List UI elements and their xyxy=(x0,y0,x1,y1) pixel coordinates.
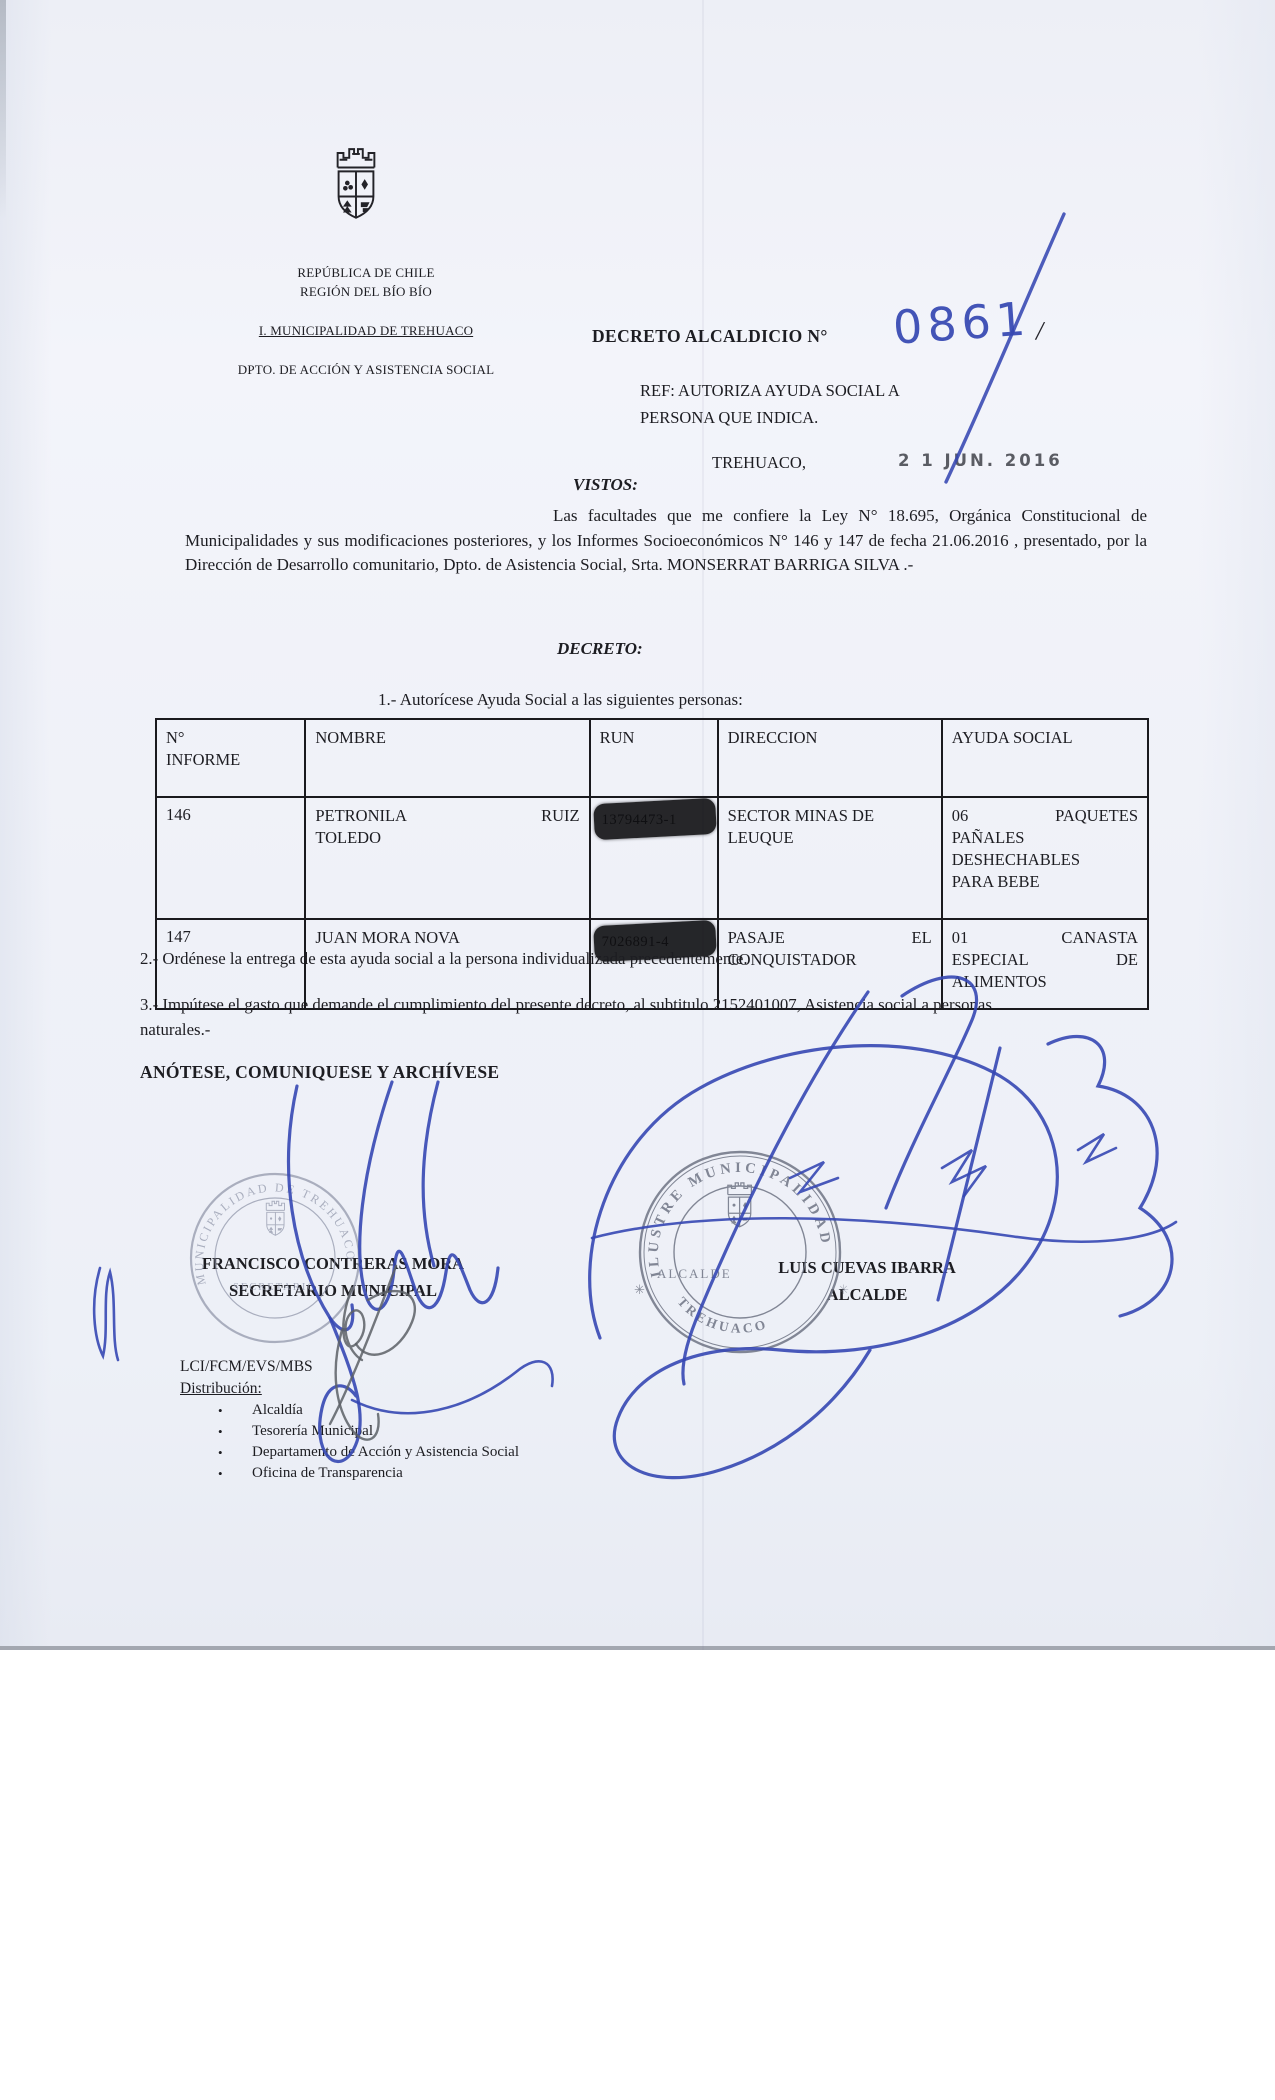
cell-informe: 146 xyxy=(156,797,305,919)
bullet-icon: • xyxy=(218,1421,252,1442)
table-header-cell: RUN xyxy=(590,719,718,797)
header-municipality: I. MUNICIPALIDAD DE TREHUACO xyxy=(150,321,582,341)
handwritten-decree-number: 0861 xyxy=(891,291,1032,354)
signature-block-mayor: LUIS CUEVAS IBARRA ALCALDE xyxy=(702,1254,1032,1308)
municipal-coat-of-arms xyxy=(327,136,385,228)
svg-text:✳: ✳ xyxy=(634,1282,645,1297)
signature-mayor-ink xyxy=(590,977,1176,1478)
table-header-cell: AYUDA SOCIAL xyxy=(942,719,1148,797)
table-header-cell: N° INFORME xyxy=(156,719,305,797)
footer-initials: LCI/FCM/EVS/MBS xyxy=(180,1358,313,1376)
paper-sheet: REPÚBLICA DE CHILE REGIÓN DEL BÍO BÍO I.… xyxy=(0,0,1275,1650)
table-header-cell: NOMBRE xyxy=(305,719,589,797)
government-header: REPÚBLICA DE CHILE REGIÓN DEL BÍO BÍO I.… xyxy=(150,243,582,399)
cell-run: 13794473-1 xyxy=(590,797,718,919)
mayor-name: LUIS CUEVAS IBARRA xyxy=(702,1254,1032,1281)
secretary-name: FRANCISCO CONTRERAS MORA xyxy=(178,1250,488,1277)
distribution-label: Distribución: xyxy=(180,1380,262,1398)
mayor-title: ALCALDE xyxy=(702,1281,1032,1308)
header-department: DPTO. DE ACCIÓN Y ASISTENCIA SOCIAL xyxy=(150,360,582,380)
margin-pen-mark xyxy=(94,1268,118,1360)
header-republic-region: REPÚBLICA DE CHILE REGIÓN DEL BÍO BÍO xyxy=(150,263,582,302)
scanned-decree-page: REPÚBLICA DE CHILE REGIÓN DEL BÍO BÍO I.… xyxy=(0,0,1275,2100)
bullet-icon: • xyxy=(218,1463,252,1484)
decreto-item-3: 3.- Impútese el gasto que demande el cum… xyxy=(140,992,1012,1042)
closing-order: ANÓTESE, COMUNIQUESE Y ARCHÍVESE xyxy=(140,1062,499,1083)
scan-edge-shadow xyxy=(0,0,6,220)
cell-nombre: PETRONILARUIZTOLEDO xyxy=(305,797,589,919)
distribution-list: •Alcaldía•Tesorería Municipal•Departamen… xyxy=(218,1400,519,1484)
decree-title: DECRETO ALCALDICIO N° xyxy=(592,326,828,347)
table-header-cell: DIRECCION xyxy=(718,719,942,797)
redaction-marker xyxy=(593,798,717,840)
decreto-item-1: 1.- Autorícese Ayuda Social a las siguie… xyxy=(378,690,743,710)
cell-ayuda-social: 06PAQUETESPAÑALESDESHECHABLESPARA BEBE xyxy=(942,797,1148,919)
distribution-item: •Alcaldía xyxy=(218,1400,519,1421)
vistos-paragraph: Las facultades que me confiere la Ley N°… xyxy=(185,504,1147,578)
bullet-icon: • xyxy=(218,1442,252,1463)
decree-number-slash: / xyxy=(1034,316,1046,349)
secretary-title: SECRETARIO MUNICIPAL xyxy=(178,1277,488,1304)
vistos-label: VISTOS: xyxy=(573,475,638,495)
cell-direccion: SECTOR MINAS DELEUQUE xyxy=(718,797,942,919)
date-stamp: 2 1 JUN. 2016 xyxy=(898,451,1063,470)
table-header-row: N° INFORMENOMBRERUNDIRECCIONAYUDA SOCIAL xyxy=(156,719,1148,797)
decreto-label: DECRETO: xyxy=(557,639,643,659)
distribution-item: •Departamento de Acción y Asistencia Soc… xyxy=(218,1442,519,1463)
distribution-item: •Oficina de Transparencia xyxy=(218,1463,519,1484)
table-row: 146PETRONILARUIZTOLEDO13794473-1SECTOR M… xyxy=(156,797,1148,919)
signature-block-secretary: FRANCISCO CONTRERAS MORA SECRETARIO MUNI… xyxy=(178,1250,488,1304)
stamp-mayor: ILUSTRE MUNICIPALIDAD TREHUACO ALCALDE ✳… xyxy=(634,1152,849,1352)
bullet-icon: • xyxy=(218,1400,252,1421)
place-label: TREHUACO, xyxy=(712,453,806,473)
reference-block: REF: AUTORIZA AYUDA SOCIAL A PERSONA QUE… xyxy=(640,377,1020,431)
decreto-item-2: 2.- Ordénese la entrega de esta ayuda so… xyxy=(140,947,1152,971)
distribution-item: •Tesorería Municipal xyxy=(218,1421,519,1442)
